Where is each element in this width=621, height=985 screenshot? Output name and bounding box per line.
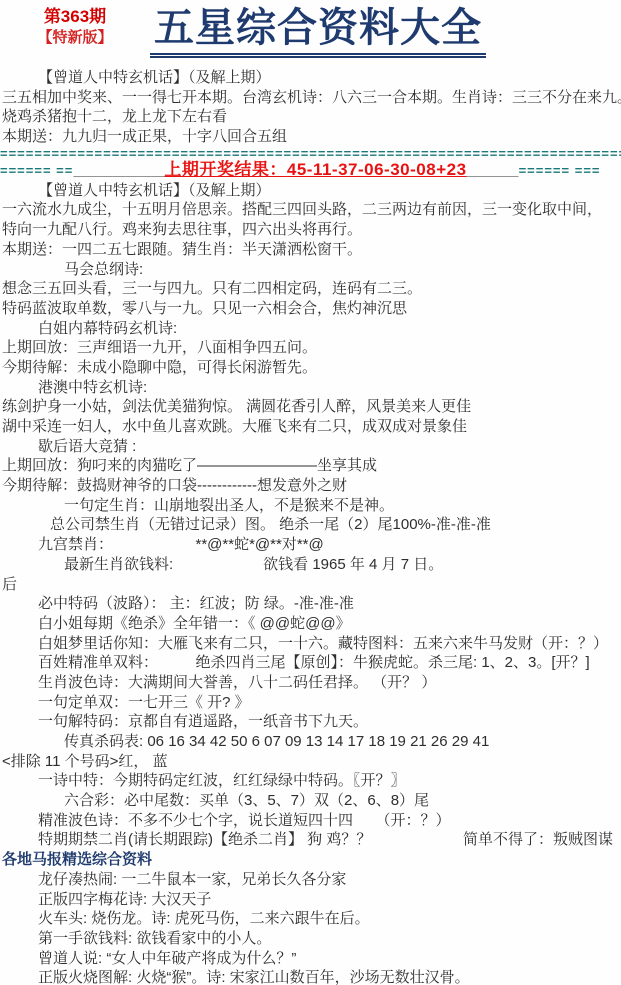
text-line: 本期送：九九归一成正果，十字八回合五组 xyxy=(0,127,621,147)
page-title: 五星综合资料大全 xyxy=(150,4,486,58)
text-line: 一句定生肖：山崩地裂出圣人，不是猴来不是神。 xyxy=(0,496,621,516)
text-line: 龙仔凑热闹: 一二牛鼠本一家，兄弟长久各分家 xyxy=(0,870,621,890)
text-line: 三五相加中奖来、一一得七开本期。台湾玄机诗：八六三一合本期。生肖诗：三三不分在来… xyxy=(0,88,621,108)
text-line: 后 xyxy=(0,575,621,595)
text-line: 正版火烧图解: 火烧“猴”。诗: 宋家江山数百年，沙场无数壮汉骨。 xyxy=(0,968,621,985)
text-line: 一诗中特：今期特码定红波，红红绿绿中特码。〖开？〗 xyxy=(0,771,621,791)
text-line: 正版四字梅花诗: 大汉天子 xyxy=(0,890,621,910)
text-line: 【曾道人中特玄机话】（及解上期） xyxy=(0,181,621,201)
text-line: 特期期禁二肖(请长期跟踪)【绝杀二肖】 狗 鸡？？简单不得了：叛贼图谋 xyxy=(0,830,621,850)
text-line: 白姐内幕特码玄机诗: xyxy=(0,319,621,339)
text-line: 马会总纲诗: xyxy=(0,260,621,280)
text-line: 最新生肖欲钱料: 欲钱看 1965 年 4 月 7 日。 xyxy=(0,555,621,575)
separator-rule: ========================================… xyxy=(0,147,621,160)
text-line: 六合彩：必中尾数：买单（3、5、7）双（2、6、8）尾 xyxy=(0,791,621,811)
underscore-right: ＿＿＿＿ xyxy=(467,161,519,181)
text-line: 今期待解：未成小隐聊中隐，可得长闲游暂先。 xyxy=(0,358,621,378)
text-line: 生肖波色诗：大满期间大誉善，八十二码任君择。 （开？ ） xyxy=(0,673,621,693)
text-line-right: 简单不得了：叛贼图谋 xyxy=(463,830,613,850)
text-line: 【曾道人中特玄机话】（及解上期） xyxy=(0,68,621,88)
text-line: 白小姐每期《绝杀》全年错一：《 @@蛇@@》 xyxy=(0,614,621,634)
text-line: 百姓精准单双料： 绝杀四肖三尾【原创】：牛猴虎蛇。杀三尾: 1、2、3。[开？] xyxy=(0,653,621,673)
header: 第363期 【特新版】 五星综合资料大全 xyxy=(0,0,621,66)
result-banner: ========================================… xyxy=(0,147,621,181)
text-line: 练剑护身一小姑，剑法优美猫狗惊。 满圆花香引人醉，风景美来人更佳 xyxy=(0,397,621,417)
text-line: 第一手欲钱料: 欲钱看家中的小人。 xyxy=(0,929,621,949)
text-line: 必中特码（波路）： 主：红波；防 绿。-准-准-准 xyxy=(0,594,621,614)
text-line: 火车头: 烧伤龙。诗: 虎死马伤，二来六跟牛在后。 xyxy=(0,909,621,929)
intro-section: 【曾道人中特玄机话】（及解上期）三五相加中奖来、一一得七开本期。台湾玄机诗：八六… xyxy=(0,68,621,147)
underscore-left: ＿＿＿＿＿＿＿ xyxy=(73,161,164,181)
lottery-info-sheet: 第363期 【特新版】 五星综合资料大全 【曾道人中特玄机话】（及解上期）三五相… xyxy=(0,0,621,985)
text-line: 传真杀码表: 06 16 34 42 50 6 07 09 13 14 17 1… xyxy=(0,732,621,752)
text-line: 特向一九配八行。鸡来狗去思往事，四六出头将再行。 xyxy=(0,220,621,240)
issue-block: 第363期 【特新版】 xyxy=(0,4,150,48)
text-line: 今期待解：鼓捣财神爷的口袋------------想发意外之财 xyxy=(0,476,621,496)
edition-badge: 【特新版】 xyxy=(0,28,150,48)
text-line: 精准波色诗：不多不少七个字，说长道短四十四 （开：？） xyxy=(0,811,621,831)
text-line: 湖中采连一妇人，水中鱼儿喜欢跳。大雁飞来有二只，成双成对景象佳 xyxy=(0,417,621,437)
text-line: 一句解特码：京都自有逍遥路，一纸音书下九天。 xyxy=(0,712,621,732)
text-line: 本期送：一四二五七跟随。猜生肖：半天潇洒松窗干。 xyxy=(0,240,621,260)
text-line: 特码蓝波取单数，零八与一九。只见一六相会合，焦灼神沉思 xyxy=(0,299,621,319)
text-line: 九宫禁肖： **@**蛇*@**对**@ xyxy=(0,535,621,555)
text-line: 想念三五回头看，三一与四九。只有二四相定码，连码有二三。 xyxy=(0,279,621,299)
separator-left: ====== == xyxy=(0,161,73,181)
result-numbers: 45-11-37-06-30-08+23 xyxy=(287,160,467,180)
section-heading: 各地马报精选综合资料 xyxy=(0,850,621,870)
result-label: 上期开奖结果： xyxy=(164,160,287,180)
text-line-left: 特期期禁二肖(请长期跟踪)【绝杀二肖】 狗 鸡？？ xyxy=(38,830,371,850)
text-line: 总公司禁生肖（无错过记录）图。 绝杀一尾（2）尾100%-准-准-准 xyxy=(0,515,621,535)
issue-number: 第363期 xyxy=(0,6,150,28)
text-line: 上期回放：三声细语一九开，八面相争四五问。 xyxy=(0,338,621,358)
document-body: 【曾道人中特玄机话】（及解上期）三五相加中奖来、一一得七开本期。台湾玄机诗：八六… xyxy=(0,66,621,985)
text-line: 上期回放：狗叼来的肉猫吃了————————坐享其成 xyxy=(0,456,621,476)
main-section: 【曾道人中特玄机话】（及解上期）一六流水九成尘，十五明月倍思亲。搭配三四回头路，… xyxy=(0,181,621,985)
text-line: 一句定单双：一七开三《 开? 》 xyxy=(0,693,621,713)
text-line: 烧鸡杀猪抱十二，龙上龙下左右看 xyxy=(0,107,621,127)
separator-right: ====== === xyxy=(519,161,601,181)
result-banner-row: ====== ==＿＿＿＿＿＿＿上期开奖结果：45-11-37-06-30-08… xyxy=(0,160,621,181)
text-line: 歇后语大竞猜 : xyxy=(0,437,621,457)
text-line: 白姐梦里话你知：大雁飞来有二只，一十六。藏特图料：五来六来牛马发财（开：？） xyxy=(0,634,621,654)
text-line: 港澳中特玄机诗: xyxy=(0,378,621,398)
text-line: 一六流水九成尘，十五明月倍思亲。搭配三四回头路，二三两边有前因，三一变化取中间， xyxy=(0,200,621,220)
text-line: <排除 11 个号码>红， 蓝 xyxy=(0,752,621,772)
text-line: 曾道人说: “女人中年破产将成为什么？” xyxy=(0,949,621,969)
